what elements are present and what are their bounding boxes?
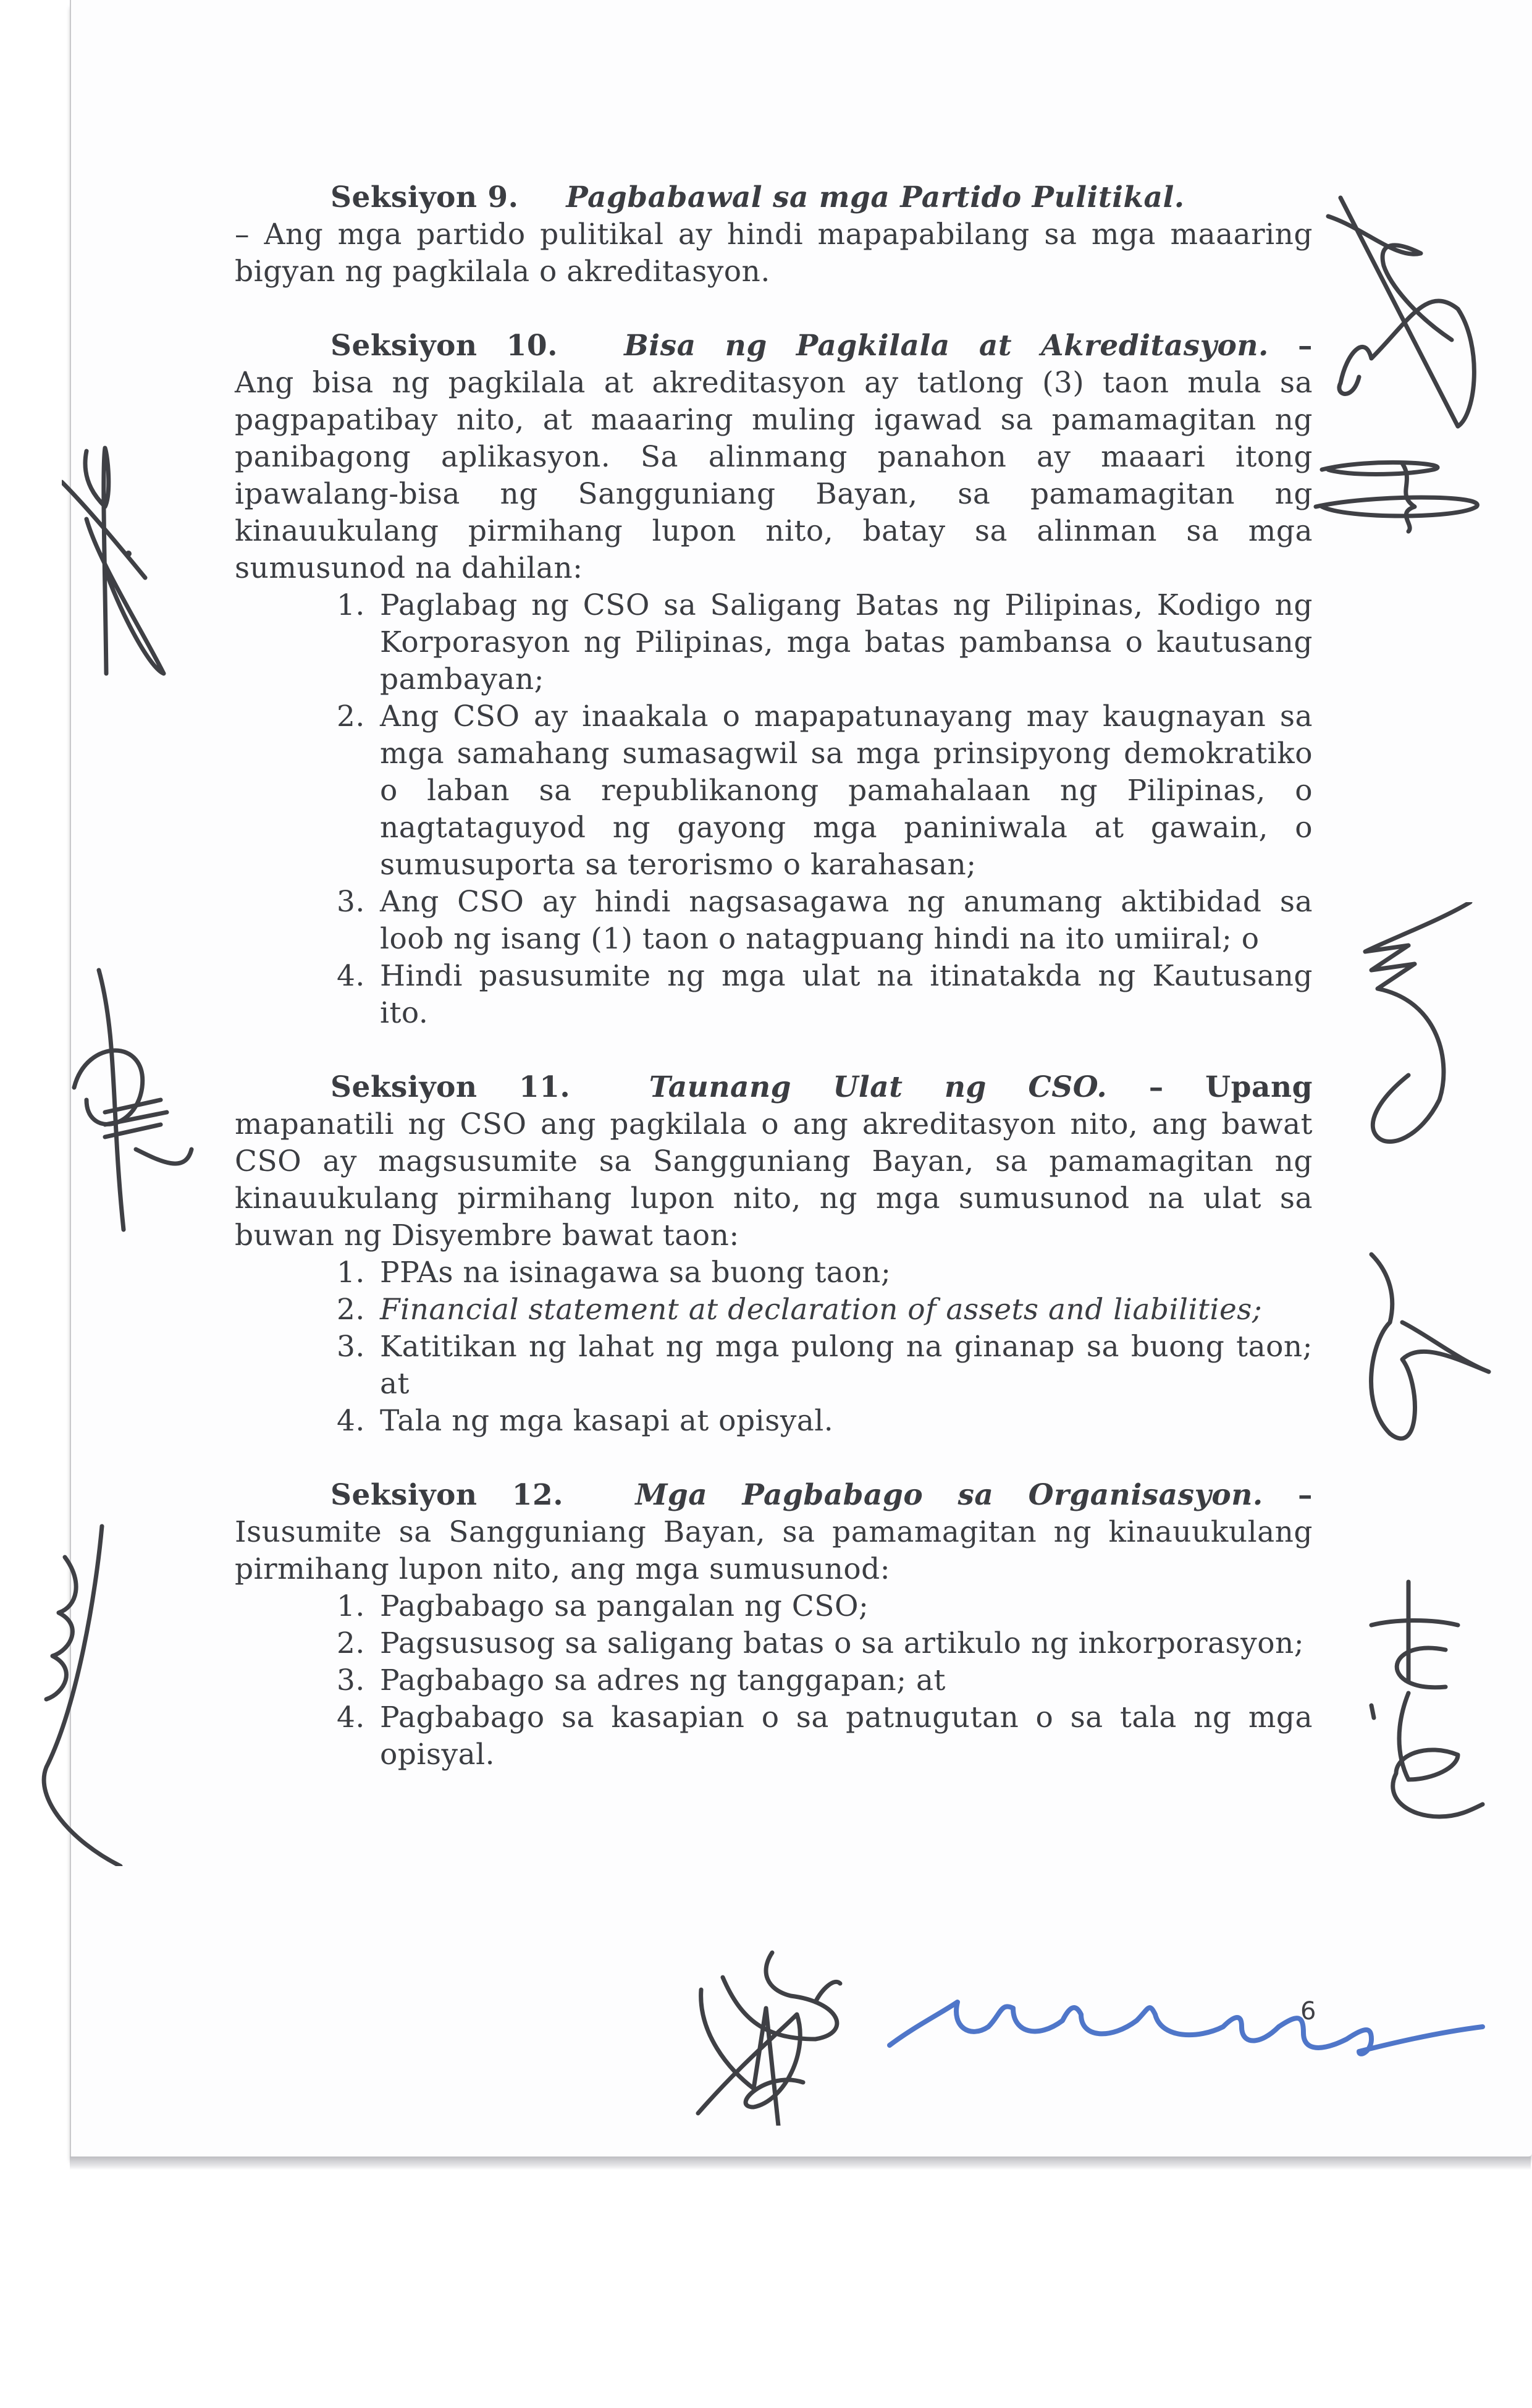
list-marker: 1. [337, 1588, 374, 1625]
section-dash: – [1298, 1478, 1313, 1512]
section-dash: – [1298, 329, 1313, 363]
section-body: – Ang mga partido pulitikal ay hindi map… [235, 216, 1313, 290]
section-dash: – [1149, 1070, 1164, 1104]
list-item: 2. Financial statement at declaration of… [235, 1291, 1313, 1329]
section-title: Mga Pagbabago sa Organisasyon. [635, 1478, 1263, 1512]
list-marker: 4. [337, 958, 374, 995]
section-11: Seksiyon 11. Taunang Ulat ng CSO. – Upan… [235, 1069, 1313, 1440]
changes-list: 1. Pagbabago sa pangalan ng CSO; 2. Pags… [235, 1588, 1313, 1773]
list-item: 1. PPAs na isinagawa sa buong taon; [235, 1254, 1313, 1291]
section-heading: Seksiyon 11. Taunang Ulat ng CSO. – Upan… [235, 1069, 1313, 1106]
section-title: Pagbabawal sa mga Partido Pulitikal. [566, 180, 1184, 214]
list-item: 3. Ang CSO ay hindi nagsasagawa ng anuma… [235, 884, 1313, 958]
list-text: PPAs na isinagawa sa buong taon; [380, 1256, 891, 1290]
list-item: 3. Pagbabago sa adres ng tanggapan; at [235, 1662, 1313, 1699]
list-text: Financial statement at declaration of as… [380, 1293, 1262, 1327]
section-number: Seksiyon 9. [330, 180, 518, 214]
section-lead-word: Upang [1205, 1070, 1313, 1104]
section-12: Seksiyon 12. Mga Pagbabago sa Organisasy… [235, 1477, 1313, 1773]
list-marker: 4. [337, 1699, 374, 1736]
list-item: 1. Paglabag ng CSO sa Saligang Batas ng … [235, 587, 1313, 698]
section-body: Isusumite sa Sangguniang Bayan, sa pamam… [235, 1514, 1313, 1588]
list-marker: 3. [337, 1662, 374, 1699]
list-marker: 4. [337, 1403, 374, 1440]
section-title: Bisa ng Pagkilala at Akreditasyon. [624, 329, 1269, 363]
section-9: Seksiyon 9. Pagbabawal sa mga Partido Pu… [235, 179, 1313, 290]
list-text: Ang CSO ay hindi nagsasagawa ng anumang … [380, 885, 1313, 956]
list-item: 1. Pagbabago sa pangalan ng CSO; [235, 1588, 1313, 1625]
list-text: Ang CSO ay inaakala o mapapatunayang may… [380, 699, 1313, 882]
list-text: Pagbabago sa adres ng tanggapan; at [380, 1663, 946, 1697]
list-item: 2. Pagsususog sa saligang batas o sa art… [235, 1625, 1313, 1662]
list-marker: 2. [337, 1625, 374, 1662]
section-number: Seksiyon 12. [330, 1478, 563, 1512]
section-10: Seksiyon 10. Bisa ng Pagkilala at Akredi… [235, 327, 1313, 1032]
section-body: mapanatili ng CSO ang pagkilala o ang ak… [235, 1106, 1313, 1254]
list-item: 4. Tala ng mga kasapi at opisyal. [235, 1403, 1313, 1440]
list-text: Pagsususog sa saligang batas o sa artiku… [380, 1626, 1304, 1660]
section-number: Seksiyon 11. [330, 1070, 570, 1104]
section-number: Seksiyon 10. [330, 329, 558, 363]
list-item: 4. Pagbabago sa kasapian o sa patnugutan… [235, 1699, 1313, 1773]
list-marker: 1. [337, 1254, 374, 1291]
list-marker: 3. [337, 884, 374, 921]
section-body: Ang bisa ng pagkilala at akreditasyon ay… [235, 365, 1313, 587]
section-title: Taunang Ulat ng CSO. [649, 1070, 1108, 1104]
list-item: 3. Katitikan ng lahat ng mga pulong na g… [235, 1329, 1313, 1403]
list-item: 4. Hindi pasusumite ng mga ulat na itina… [235, 958, 1313, 1032]
page-number: 6 [1300, 1997, 1316, 2026]
list-text: Pagbabago sa kasapian o sa patnugutan o … [380, 1700, 1313, 1772]
document-body: Seksiyon 9. Pagbabawal sa mga Partido Pu… [235, 179, 1313, 1810]
list-marker: 2. [337, 1291, 374, 1329]
list-marker: 3. [337, 1329, 374, 1366]
list-text: Katitikan ng lahat ng mga pulong na gina… [380, 1330, 1313, 1401]
section-heading: Seksiyon 10. Bisa ng Pagkilala at Akredi… [235, 327, 1313, 365]
list-text: Paglabag ng CSO sa Saligang Batas ng Pil… [380, 588, 1313, 696]
list-text: Tala ng mga kasapi at opisyal. [380, 1404, 833, 1438]
list-item: 2. Ang CSO ay inaakala o mapapatunayang … [235, 698, 1313, 884]
list-text: Hindi pasusumite ng mga ulat na itinatak… [380, 959, 1313, 1030]
reports-list: 1. PPAs na isinagawa sa buong taon; 2. F… [235, 1254, 1313, 1440]
list-marker: 1. [337, 587, 374, 624]
list-marker: 2. [337, 698, 374, 735]
section-heading: Seksiyon 9. Pagbabawal sa mga Partido Pu… [235, 179, 1313, 216]
page-shadow [70, 2157, 1531, 2170]
grounds-list: 1. Paglabag ng CSO sa Saligang Batas ng … [235, 587, 1313, 1032]
section-heading: Seksiyon 12. Mga Pagbabago sa Organisasy… [235, 1477, 1313, 1514]
list-text: Pagbabago sa pangalan ng CSO; [380, 1589, 869, 1623]
